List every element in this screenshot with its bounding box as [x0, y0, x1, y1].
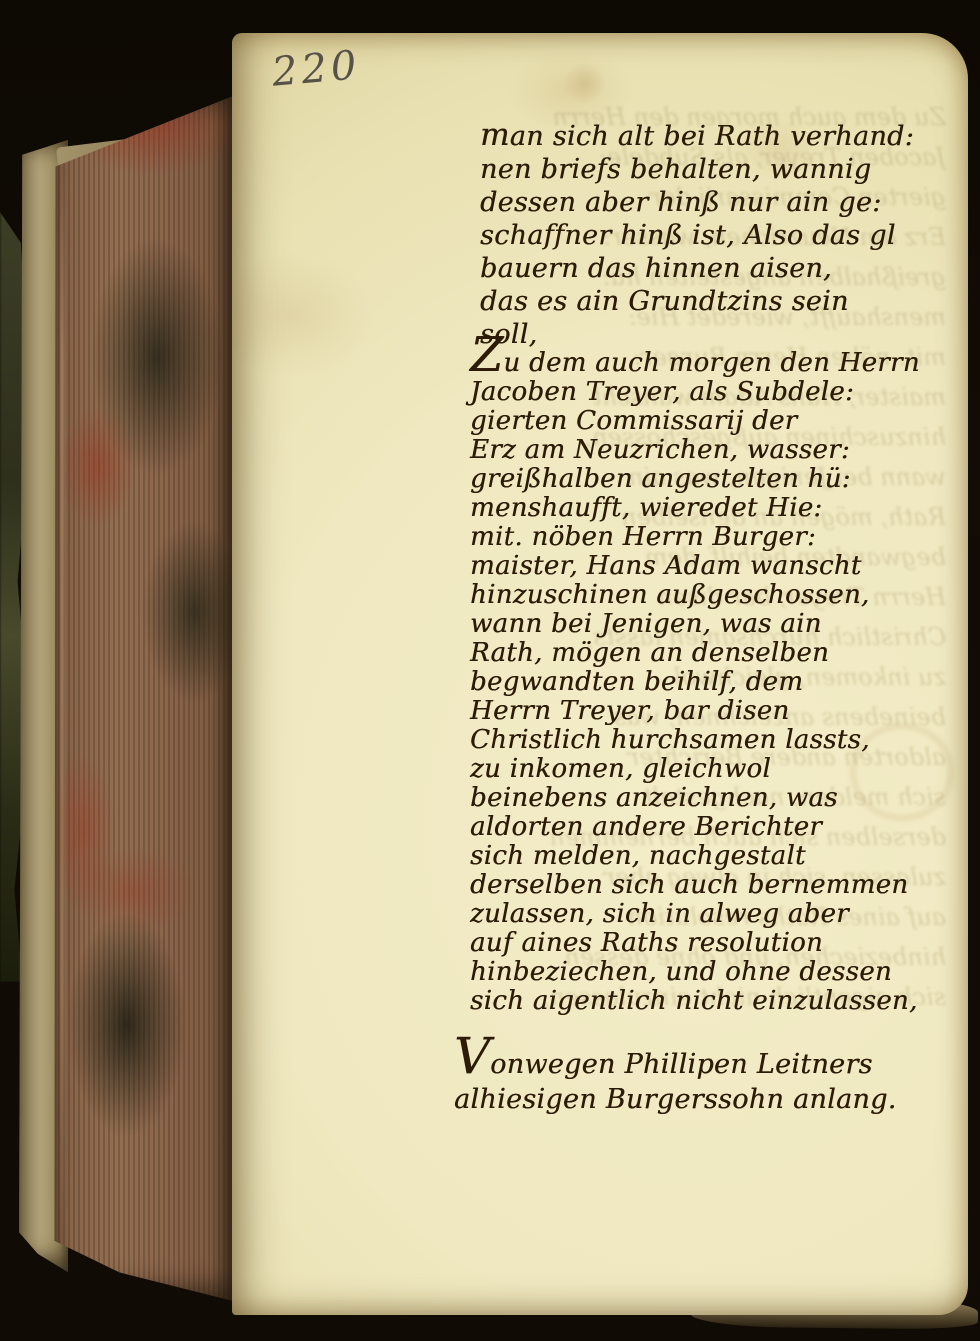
- text-line: schaffner hinß ist, Also das gl: [480, 219, 914, 252]
- text-line: Vonwegen Phillipen Leitners: [454, 1039, 897, 1082]
- text-line: hinzuschinen außgeschossen,: [470, 581, 920, 610]
- text-line: derselben sich auch bernemmen: [470, 871, 920, 900]
- text-line: Herrn Treyer, bar disen: [470, 697, 920, 726]
- text-line: sich aigentlich nicht einzulassen,: [470, 987, 920, 1016]
- paragraph-2: Zu dem auch morgen den HerrnJacoben Trey…: [470, 341, 920, 1016]
- text-line: bauern das hinnen aisen,: [480, 252, 914, 285]
- text-line: sich melden, nachgestalt: [470, 842, 920, 871]
- text-line: menshaufft, wieredet Hie:: [470, 494, 920, 523]
- fore-edge-highlight: [60, 139, 65, 1256]
- text-line: gierten Commissarij der: [470, 407, 920, 436]
- folio-number: 220: [270, 45, 362, 93]
- text-line: wann bei Jenigen, was ain: [470, 610, 920, 639]
- text-line: nen briefs behalten, wannig: [480, 153, 914, 186]
- text-line: aldorten andere Berichter: [470, 813, 920, 842]
- text-line: Christlich hurchsamen lassts,: [470, 726, 920, 755]
- text-line: das es ain Grundtzins sein: [480, 285, 914, 318]
- text-line: zu inkomen, gleichwol: [470, 755, 920, 784]
- manuscript-page: Zu dem auch morgen den HerrnJacoben Trey…: [232, 33, 968, 1315]
- text-line: maister, Hans Adam wanscht: [470, 552, 920, 581]
- book-fore-edge: [48, 90, 236, 1304]
- text-line: auf aines Raths resolution: [470, 929, 920, 958]
- text-line: greißhalben angestelten hü:: [470, 465, 920, 494]
- text-line: alhiesigen Burgerssohn anlang.: [454, 1082, 897, 1117]
- text-line: begwandten beihilf, dem: [470, 668, 920, 697]
- text-line: zulassen, sich in alweg aber: [470, 900, 920, 929]
- text-line: Zu dem auch morgen den Herrn: [470, 341, 920, 378]
- text-line: Jacoben Treyer, als Subdele:: [470, 378, 920, 407]
- foxing-stain: [562, 63, 608, 103]
- text-line: hinbeziechen, und ohne dessen: [470, 958, 920, 987]
- text-line: mit. nöben Herrn Burger:: [470, 523, 920, 552]
- text-line: beinebens anzeichnen, was: [470, 784, 920, 813]
- text-line: Erz am Neuzrichen, wasser:: [470, 436, 920, 465]
- photograph-backdrop: Zu dem auch morgen den HerrnJacoben Trey…: [0, 0, 980, 1341]
- text-line: dessen aber hinß nur ain ge:: [480, 186, 914, 219]
- paragraph-3: Vonwegen Phillipen Leitnersalhiesigen Bu…: [454, 1039, 897, 1117]
- text-line: Rath, mögen an denselben: [470, 639, 920, 668]
- text-line: man sich alt bei Rath verhand:: [480, 119, 914, 153]
- paragraph-1: man sich alt bei Rath verhand:nen briefs…: [480, 119, 914, 351]
